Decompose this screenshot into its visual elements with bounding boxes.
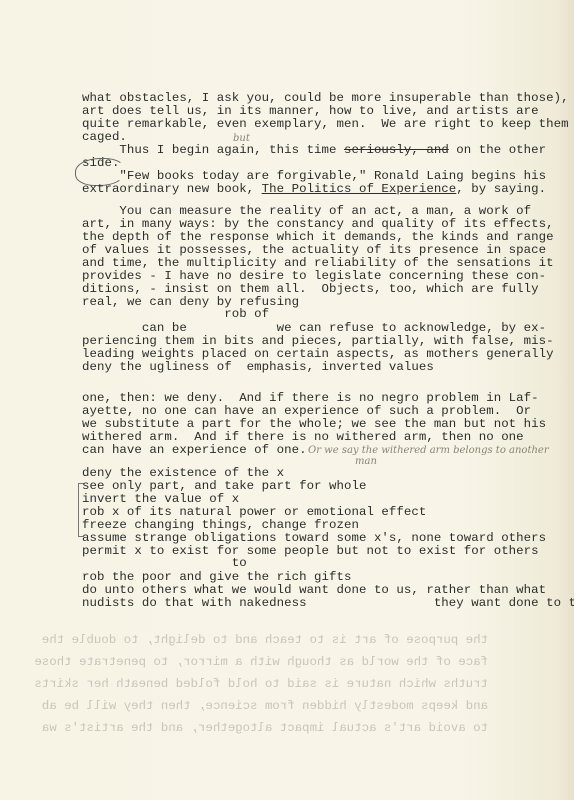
manuscript-page: what obstacles, I ask you, could be more…: [0, 0, 574, 800]
handwritten-note: Or we say the withered arm belongs to an…: [308, 445, 549, 456]
bleed-through-line: truths which nature is said to hold fold…: [34, 677, 488, 691]
text-line: extraordinary new book, The Politics of …: [82, 183, 546, 196]
book-title: The Politics of Experience: [262, 182, 457, 196]
text-line: Thus I begin again, this time seriously,…: [82, 144, 546, 157]
bleed-through-line: face of the world as though with a mirro…: [34, 655, 488, 669]
bleed-through-line: and keeps modestly hidden from science, …: [42, 699, 488, 713]
list-item: nudists do that with nakedness they want…: [82, 597, 574, 610]
bleed-through-line: the purpose of art is to teach and to de…: [42, 633, 488, 647]
text-line: rob of: [82, 308, 269, 321]
text-line: deny the ugliness of emphasis, inverted …: [82, 361, 434, 374]
struck-text: seriously, and: [344, 143, 449, 157]
text-line: quite remarkable, even exemplary, men. W…: [82, 118, 569, 131]
bleed-through-line: to avoid art's actual impact altogether,…: [42, 721, 488, 735]
handwritten-note: man: [355, 456, 377, 467]
text-line: can have an experience of one.: [82, 444, 307, 457]
list-item: to: [82, 557, 247, 570]
